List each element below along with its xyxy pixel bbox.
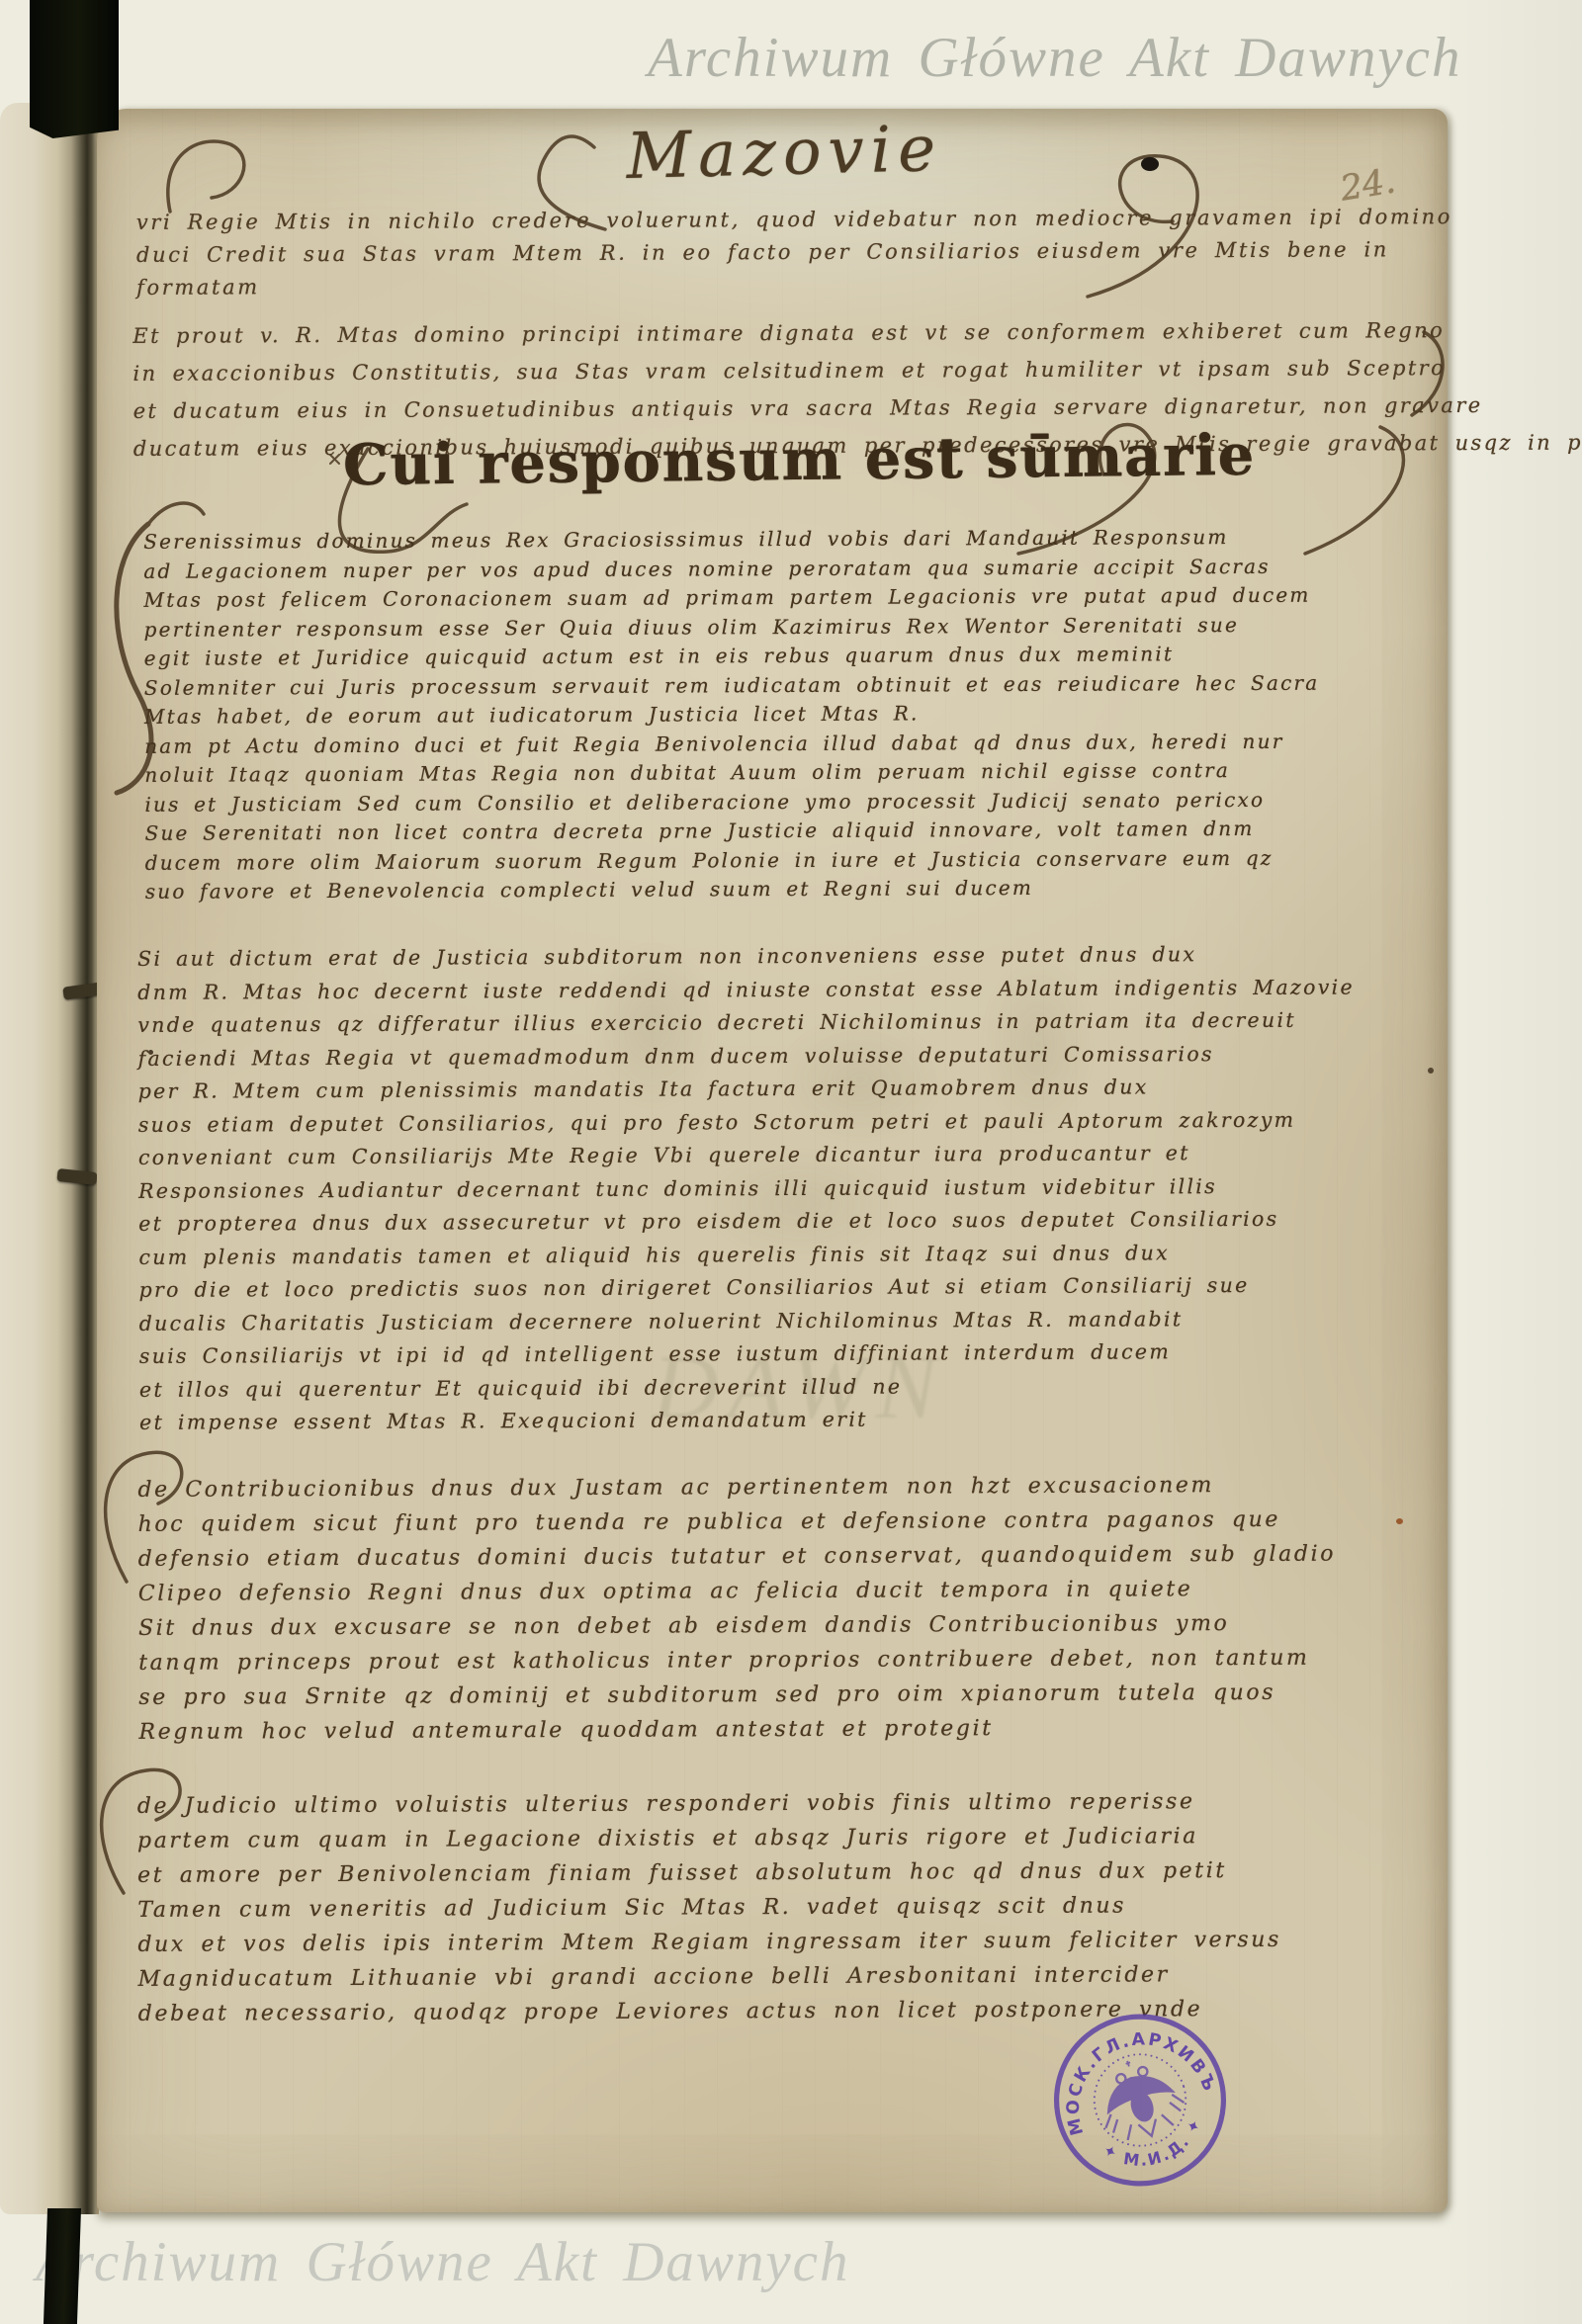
manuscript-line: suos etiam deputet Consiliarios, qui pro…	[138, 1103, 1356, 1142]
manuscript-line: Regnum hoc velud antemurale quoddam ante…	[138, 1710, 1336, 1750]
manuscript-paragraph: Si aut dictum erat de Justicia subditoru…	[137, 938, 1357, 1440]
manuscript-scan: Archiwum Główne Akt Dawnych Archiwum Głó…	[0, 0, 1582, 2324]
manuscript-line: egit iuste et Juridice quicquid actum es…	[144, 640, 1320, 674]
manuscript-line: Sue Serenitati non licet contra decreta …	[144, 815, 1320, 849]
section-heading: Cui responsum est sūmarie	[343, 422, 1257, 498]
manuscript-line: faciendi Mtas Regia vt quemadmodum dnm d…	[137, 1037, 1355, 1076]
manuscript-line: defensio etiam ducatus domini ducis tuta…	[138, 1537, 1336, 1577]
manuscript-line: suo favore et Benevolencia complecti vel…	[145, 873, 1321, 907]
manuscript-line: pro die et loco predictis suos non dirig…	[138, 1269, 1356, 1308]
manuscript-line: se pro sua Srnite qz dominij et subditor…	[138, 1676, 1336, 1715]
manuscript-line: dnm R. Mtas hoc decernt iuste reddendi q…	[137, 971, 1355, 1009]
bookmark-ribbon-top	[30, 0, 119, 138]
manuscript-line: ducalis Charitatis Justiciam decernere n…	[139, 1302, 1357, 1340]
manuscript-paragraph: Serenissimus dominus meus Rex Graciosiss…	[143, 523, 1320, 907]
manuscript-line: Sit dnus dux excusare se non debet ab ei…	[138, 1606, 1336, 1646]
ink-speck	[1428, 1068, 1434, 1074]
manuscript-line: vnde quatenus qz differatur illius exerc…	[137, 1004, 1355, 1043]
manuscript-line: Mtas post felicem Coronacionem suam ad p…	[143, 581, 1319, 616]
manuscript-paragraph: de Judicio ultimo voluistis ulterius res…	[137, 1784, 1282, 2031]
ink-speck	[148, 1050, 153, 1055]
manuscript-line: Clipeo defensio Regni dnus dux optima ac…	[138, 1572, 1336, 1611]
manuscript-paragraph: vri Regie Mtis in nichilo credere voluer…	[136, 201, 1453, 304]
archive-stamp: МОСК.ГЛ.АРХИВЪ ✦ М.И.Д. ✦	[1046, 2009, 1234, 2192]
manuscript-line: in exaccionibus Constitutis, sua Stas vr…	[132, 348, 1582, 392]
manuscript-line: et amore per Benivolenciam finiam fuisse…	[137, 1853, 1281, 1893]
ink-layer: Mazovie 24. vri Regie Mtis in nichilo cr…	[0, 0, 1582, 2324]
manuscript-line: dux et vos delis ipis interim Mtem Regia…	[137, 1923, 1281, 1962]
manuscript-line: formatam	[136, 266, 1452, 304]
manuscript-paragraph: de Contribucionibus dnus dux Justam ac p…	[137, 1468, 1337, 1750]
manuscript-line: et illos qui querentur Et quicquid ibi d…	[139, 1368, 1357, 1407]
manuscript-line: et propterea dnus dux assecuretur vt pro…	[138, 1203, 1356, 1242]
manuscript-line: per R. Mtem cum plenissimis mandatis Ita…	[138, 1071, 1356, 1109]
manuscript-line: Responsiones Audiantur decernant tunc do…	[138, 1169, 1356, 1208]
manuscript-line: partem cum quam in Legacione dixistis et…	[137, 1819, 1281, 1858]
manuscript-line: Solemniter cui Juris processum servauit …	[144, 668, 1320, 703]
manuscript-line: hoc quidem sicut fiunt pro tuenda re pub…	[138, 1503, 1336, 1542]
manuscript-line: cum plenis mandatis tamen et aliquid his…	[138, 1236, 1356, 1274]
manuscript-line: et impense essent Mtas R. Exequcioni dem…	[139, 1402, 1357, 1440]
manuscript-line: et ducatum eius in Consuetudinibus antiq…	[133, 386, 1582, 430]
manuscript-line: tanqm princeps prout est katholicus inte…	[138, 1641, 1336, 1680]
manuscript-line: Tamen cum veneritis ad Judicium Sic Mtas…	[137, 1888, 1281, 1928]
manuscript-line: Et prout v. R. Mtas domino principi inti…	[132, 310, 1582, 355]
rust-speck	[1396, 1518, 1403, 1524]
page-title: Mazovie	[626, 113, 943, 194]
manuscript-line: de Judicio ultimo voluistis ulterius res…	[137, 1784, 1281, 1824]
manuscript-line: Magniducatum Lithuanie vbi grandi accion…	[138, 1957, 1282, 1997]
manuscript-line: ducem more olim Maiorum suorum Regum Pol…	[145, 843, 1321, 878]
manuscript-line: Si aut dictum erat de Justicia subditoru…	[137, 938, 1355, 977]
bookmark-ribbon-bottom	[44, 2208, 81, 2324]
manuscript-line: duci Credit sua Stas vram Mtem R. in eo …	[136, 233, 1452, 272]
manuscript-line: suis Consiliarijs vt ipi id qd intellige…	[139, 1335, 1357, 1374]
manuscript-line: Serenissimus dominus meus Rex Graciosiss…	[143, 523, 1319, 558]
manuscript-line: de Contribucionibus dnus dux Justam ac p…	[137, 1468, 1335, 1507]
manuscript-line: conveniant cum Consiliarijs Mte Regie Vb…	[138, 1137, 1356, 1175]
manuscript-line: noluit Itaqz quoniam Mtas Regia non dubi…	[144, 756, 1320, 791]
